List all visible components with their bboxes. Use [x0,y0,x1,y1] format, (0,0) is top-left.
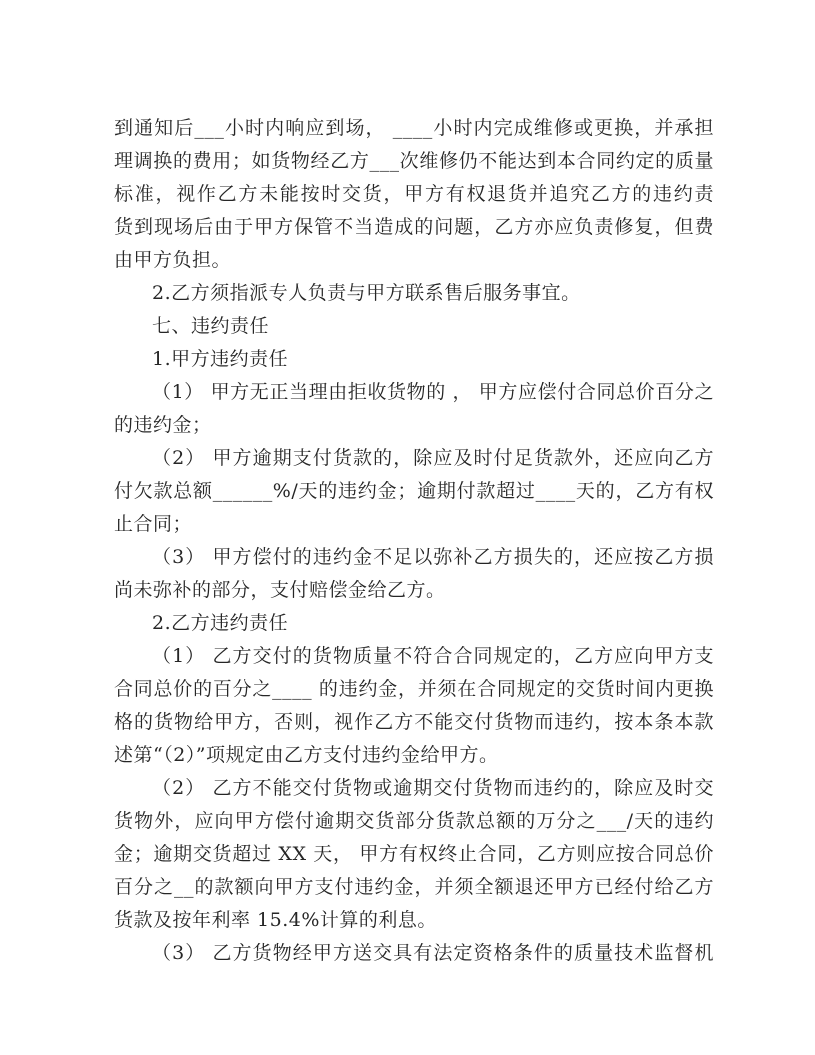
document-line: （1） 甲方无正当理由拒收货物的 ， 甲方应偿付合同总价百分之 [114,376,714,409]
document-line: 合同总价的百分之____ 的违约金，并须在合同规定的交货时间内更换合 [114,673,714,706]
document-line: 述第“（2）”项规定由乙方支付违约金给甲方。 [114,739,714,772]
document-line: （1） 乙方交付的货物质量不符合合同规定的，乙方应向甲方支付 [114,640,714,673]
document-line: 1.甲方违约责任 [114,343,714,376]
document-line: 付欠款总额______%/天的违约金；逾期付款超过____天的，乙方有权终 [114,475,714,508]
document-page: 到通知后___小时内响应到场， ____小时内完成维修或更换，并承担修理调换的费… [0,0,815,1055]
document-line: 2.乙方须指派专人负责与甲方联系售后服务事宜。 [114,277,714,310]
document-line: 理调换的费用；如货物经乙方___次维修仍不能达到本合同约定的质量 [114,145,714,178]
document-line: 的违约金； [114,409,714,442]
document-line: （2） 甲方逾期支付货款的，除应及时付足货款外，还应向乙方偿 [114,442,714,475]
document-line: 尚未弥补的部分，支付赔偿金给乙方。 [114,574,714,607]
document-line: （3） 乙方货物经甲方送交具有法定资格条件的质量技术监督机构 [114,937,714,970]
document-line: 由甲方负担。 [114,244,714,277]
document-line: 金；逾期交货超过 XX 天， 甲方有权终止合同，乙方则应按合同总价的 [114,838,714,871]
document-line: 货物外，应向甲方偿付逾期交货部分货款总额的万分之___/天的违约 [114,805,714,838]
document-line: 止合同； [114,508,714,541]
document-line: 货款及按年利率 15.4%计算的利息。 [114,904,714,937]
document-line: 百分之__的款额向甲方支付违约金，并须全额退还甲方已经付给乙方的 [114,871,714,904]
document-line: 七、违约责任 [114,310,714,343]
document-line: 2.乙方违约责任 [114,607,714,640]
document-line: （3） 甲方偿付的违约金不足以弥补乙方损失的，还应按乙方损失 [114,541,714,574]
document-line: （2） 乙方不能交付货物或逾期交付货物而违约的，除应及时交足 [114,772,714,805]
document-line: 格的货物给甲方，否则，视作乙方不能交付货物而违约，按本条本款下 [114,706,714,739]
document-line: 到通知后___小时内响应到场， ____小时内完成维修或更换，并承担修 [114,112,714,145]
document-line: 标准，视作乙方未能按时交货，甲方有权退货并追究乙方的违约责任。 [114,178,714,211]
document-line: 货到现场后由于甲方保管不当造成的问题，乙方亦应负责修复，但费用 [114,211,714,244]
document-text-block: 到通知后___小时内响应到场， ____小时内完成维修或更换，并承担修理调换的费… [114,112,714,970]
